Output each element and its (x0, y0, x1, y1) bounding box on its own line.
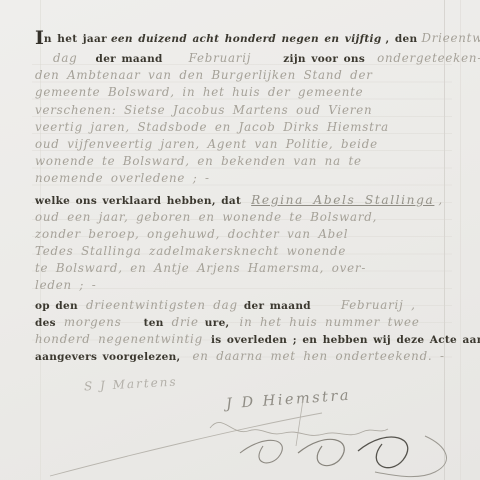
act-line: wonende te Bolsward, en bekenden van na … (35, 150, 447, 167)
act-line: verschenen: Sietse Jacobus Martens oud V… (35, 99, 447, 116)
handwritten-text: Februarij (189, 51, 252, 65)
act-line: leden ; - (35, 274, 447, 291)
act-text: In het jaareen duizend acht honderd nege… (35, 27, 447, 362)
handwritten-text: wonende te Bolsward, en bekenden van na … (35, 154, 362, 168)
handwritten-text: drieentwintigsten dag (86, 298, 238, 312)
handwritten-text: zonder beroep, ongehuwd, dochter van Abe… (35, 227, 348, 241)
handwritten-text: leden ; - (35, 278, 97, 292)
printed-text: aangevers voorgelezen, (35, 351, 181, 363)
act-line: oud vijfenveertig jaren, Agent van Polit… (35, 133, 447, 150)
act-line: desmorgenstendrieure,in het huis nummer … (35, 311, 447, 328)
document-page: In het jaareen duizend acht honderd nege… (0, 0, 480, 480)
signature-witness-martens: S J Martens (84, 375, 178, 394)
handwritten-text: verschenen: Sietse Jacobus Martens oud V… (35, 103, 372, 117)
act-line: gemeente Bolsward, in het huis der gemee… (35, 81, 447, 98)
act-line: dagder maandFebruarijzijn voor onsonderg… (35, 47, 447, 64)
handwritten-text: noemende overledene ; - (35, 171, 210, 185)
handwritten-text: oud een jaar, geboren en wonende te Bols… (35, 210, 377, 224)
printed-text: I (35, 27, 44, 49)
act-line: oud een jaar, geboren en wonende te Bols… (35, 206, 447, 223)
handwritten-text: dag (53, 51, 78, 65)
printed-text: op den (35, 300, 78, 312)
handwritten-text: , (438, 193, 443, 207)
act-line: noemende overledene ; - (35, 167, 447, 184)
act-line: In het jaareen duizend acht honderd nege… (35, 27, 447, 47)
printed-text: is overleden ; en hebben wij deze Acte a… (211, 334, 480, 346)
handwritten-text: morgens (64, 315, 122, 329)
handwritten-text: honderd negenentwintig (35, 332, 203, 346)
printed-text: welke ons verklaard hebben, dat (35, 195, 241, 207)
printed-text: n het jaar (44, 33, 107, 45)
page-edge-right-outer (460, 0, 461, 480)
handwritten-text: oud vijfenveertig jaren, Agent van Polit… (35, 137, 378, 151)
printed-text: der maand (96, 53, 163, 65)
printed-text: , den (385, 33, 417, 45)
printed-text: der maand (244, 300, 311, 312)
handwritten-text: ondergeteeken- (377, 51, 480, 65)
handwritten-text: drie (172, 315, 199, 329)
handwritten-text: veertig jaren, Stadsbode en Jacob Dirks … (35, 120, 389, 134)
handwritten-text: gemeente Bolsward, in het huis der gemee… (35, 85, 363, 99)
act-line: honderd negenentwintigis overleden ; en … (35, 328, 447, 345)
handwritten-text: Tedes Stallinga zadelmakersknecht wonend… (35, 244, 346, 258)
handwritten-text: Februarij , (341, 298, 416, 312)
handwritten-text: in het huis nummer twee (240, 315, 420, 329)
handwritten-text: Drieentwintigsten (421, 31, 480, 45)
printed-text: zijn voor ons (283, 53, 365, 65)
signature-witness-hiemstra: J D Hiemstra (226, 388, 352, 413)
handwritten-text: den Ambtenaar van den Burgerlijken Stand… (35, 68, 373, 82)
handwritten-text: Regina Abels Stallinga (251, 193, 434, 207)
act-line: aangevers voorgelezen,en daarna met hen … (35, 345, 447, 362)
act-line: Tedes Stallinga zadelmakersknecht wonend… (35, 240, 447, 257)
act-line: op dendrieentwintigsten dagder maandFebr… (35, 294, 447, 311)
handwritten-text: en daarna met hen onderteekend. - (193, 349, 445, 363)
printed-text: ten (144, 317, 164, 329)
printed-text: ure, (205, 317, 230, 329)
handwritten-text: te Bolsward, en Antje Arjens Hamersma, o… (35, 261, 366, 275)
act-line: welke ons verklaard hebben, datRegina Ab… (35, 189, 447, 206)
act-line: te Bolsward, en Antje Arjens Hamersma, o… (35, 257, 447, 274)
act-line: zonder beroep, ongehuwd, dochter van Abe… (35, 223, 447, 240)
printed-text: een duizend acht honderd negen en vijfti… (111, 33, 382, 45)
act-line: veertig jaren, Stadsbode en Jacob Dirks … (35, 116, 447, 133)
printed-text: des (35, 317, 56, 329)
act-line: den Ambtenaar van den Burgerlijken Stand… (35, 64, 447, 81)
